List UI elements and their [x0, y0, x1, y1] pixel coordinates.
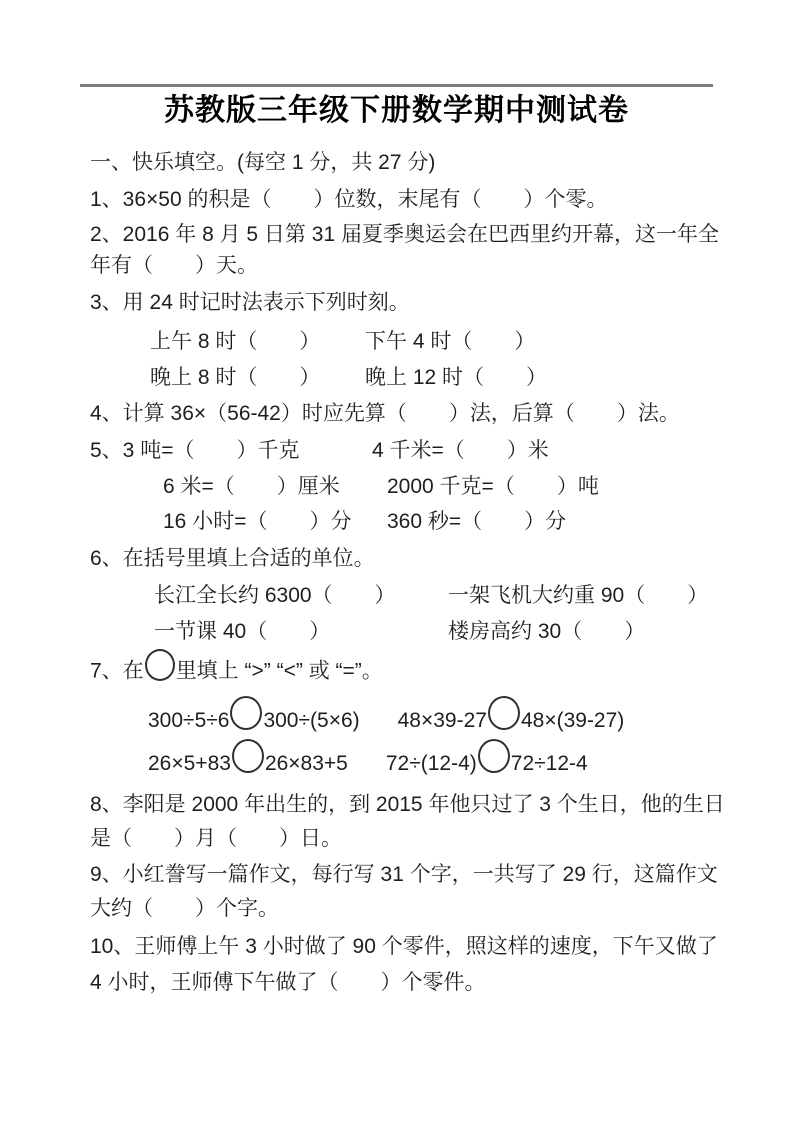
- comparison-circle-icon: [488, 696, 520, 730]
- question-6-row2-col2: 楼房高约 30（ ）: [448, 617, 645, 647]
- page-title: 苏教版三年级下册数学期中测试卷: [80, 91, 713, 131]
- expression-right: 26×83+5: [265, 752, 348, 775]
- question-3-row1-col1: 上午 8 时（ ）: [150, 327, 320, 357]
- comparison-pair: 300÷5÷6300÷(5×6): [148, 709, 360, 732]
- section-heading: 一、快乐填空。(每空 1 分，共 27 分): [90, 148, 435, 178]
- question-5-row1-col1: 5、3 吨=（ ）千克: [90, 436, 299, 466]
- expression-right: 48×(39-27): [521, 709, 624, 732]
- question-5-row2-col2: 2000 千克=（ ）吨: [387, 472, 599, 502]
- fill-circle-icon: [145, 649, 175, 681]
- question-2-line-2: 年有（ ）天。: [90, 251, 258, 281]
- question-5-row3-col1: 16 小时=（ ）分: [163, 507, 351, 537]
- question-7-row-1: 300÷5÷6300÷(5×6)48×39-2748×(39-27): [148, 704, 624, 738]
- question-5-row1-col2: 4 千米=（ ）米: [372, 436, 549, 466]
- question-8-line-1: 8、李阳是 2000 年出生的，到 2015 年他只过了 3 个生日，他的生日: [90, 790, 725, 820]
- question-1: 1、36×50 的积是（ ）位数，末尾有（ ）个零。: [90, 185, 608, 215]
- question-7-stem-post: 里填上 “>” “<” 或 “=”。: [176, 660, 383, 683]
- question-6-row1-col1: 长江全长约 6300（ ）: [154, 581, 396, 611]
- comparison-circle-icon: [232, 739, 264, 773]
- question-9-line-1: 9、小红誊写一篇作文，每行写 31 个字，一共写了 29 行，这篇作文: [90, 860, 718, 890]
- comparison-circle-icon: [478, 739, 510, 773]
- question-6-stem: 6、在括号里填上合适的单位。: [90, 544, 375, 574]
- question-3-row2-col1: 晚上 8 时（ ）: [150, 363, 320, 393]
- question-10-line-2: 4 小时，王师傅下午做了（ ）个零件。: [90, 968, 486, 998]
- expression-left: 72÷(12-4): [386, 752, 477, 775]
- question-10-line-1: 10、王师傅上午 3 小时做了 90 个零件，照这样的速度，下午又做了: [90, 932, 718, 962]
- comparison-pair: 72÷(12-4)72÷12-4: [386, 752, 588, 775]
- question-9-line-2: 大约（ ）个字。: [90, 894, 279, 924]
- question-5-row2-col1: 6 米=（ ）厘米: [163, 472, 340, 502]
- expression-left: 300÷5÷6: [148, 709, 229, 732]
- expression-right: 72÷12-4: [511, 752, 588, 775]
- question-8-line-2: 是（ ）月（ ）日。: [90, 824, 342, 854]
- expression-left: 26×5+83: [148, 752, 231, 775]
- question-7-stem-pre: 7、在: [90, 660, 144, 683]
- question-3-row1-col2: 下午 4 时（ ）: [365, 327, 535, 357]
- question-6-row2-col1: 一节课 40（ ）: [154, 617, 330, 647]
- comparison-circle-icon: [230, 696, 262, 730]
- expression-left: 48×39-27: [398, 709, 487, 732]
- question-5-row3-col2: 360 秒=（ ）分: [387, 507, 566, 537]
- expression-right: 300÷(5×6): [263, 709, 359, 732]
- question-7-stem: 7、在里填上 “>” “<” 或 “=”。: [90, 656, 383, 688]
- test-paper-page: 苏教版三年级下册数学期中测试卷 一、快乐填空。(每空 1 分，共 27 分) 1…: [0, 0, 793, 1122]
- comparison-pair: 26×5+8326×83+5: [148, 752, 348, 775]
- question-2-line-1: 2、2016 年 8 月 5 日第 31 届夏季奥运会在巴西里约开幕，这一年全: [90, 220, 719, 250]
- question-4: 4、计算 36×（56-42）时应先算（ ）法，后算（ ）法。: [90, 399, 680, 429]
- question-7-row-2: 26×5+8326×83+572÷(12-4)72÷12-4: [148, 747, 588, 781]
- question-3-row2-col2: 晚上 12 时（ ）: [365, 363, 547, 393]
- comparison-pair: 48×39-2748×(39-27): [398, 709, 625, 732]
- question-6-row1-col2: 一架飞机大约重 90（ ）: [448, 581, 708, 611]
- title-divider: [80, 84, 713, 87]
- question-3-stem: 3、用 24 时记时法表示下列时刻。: [90, 288, 410, 318]
